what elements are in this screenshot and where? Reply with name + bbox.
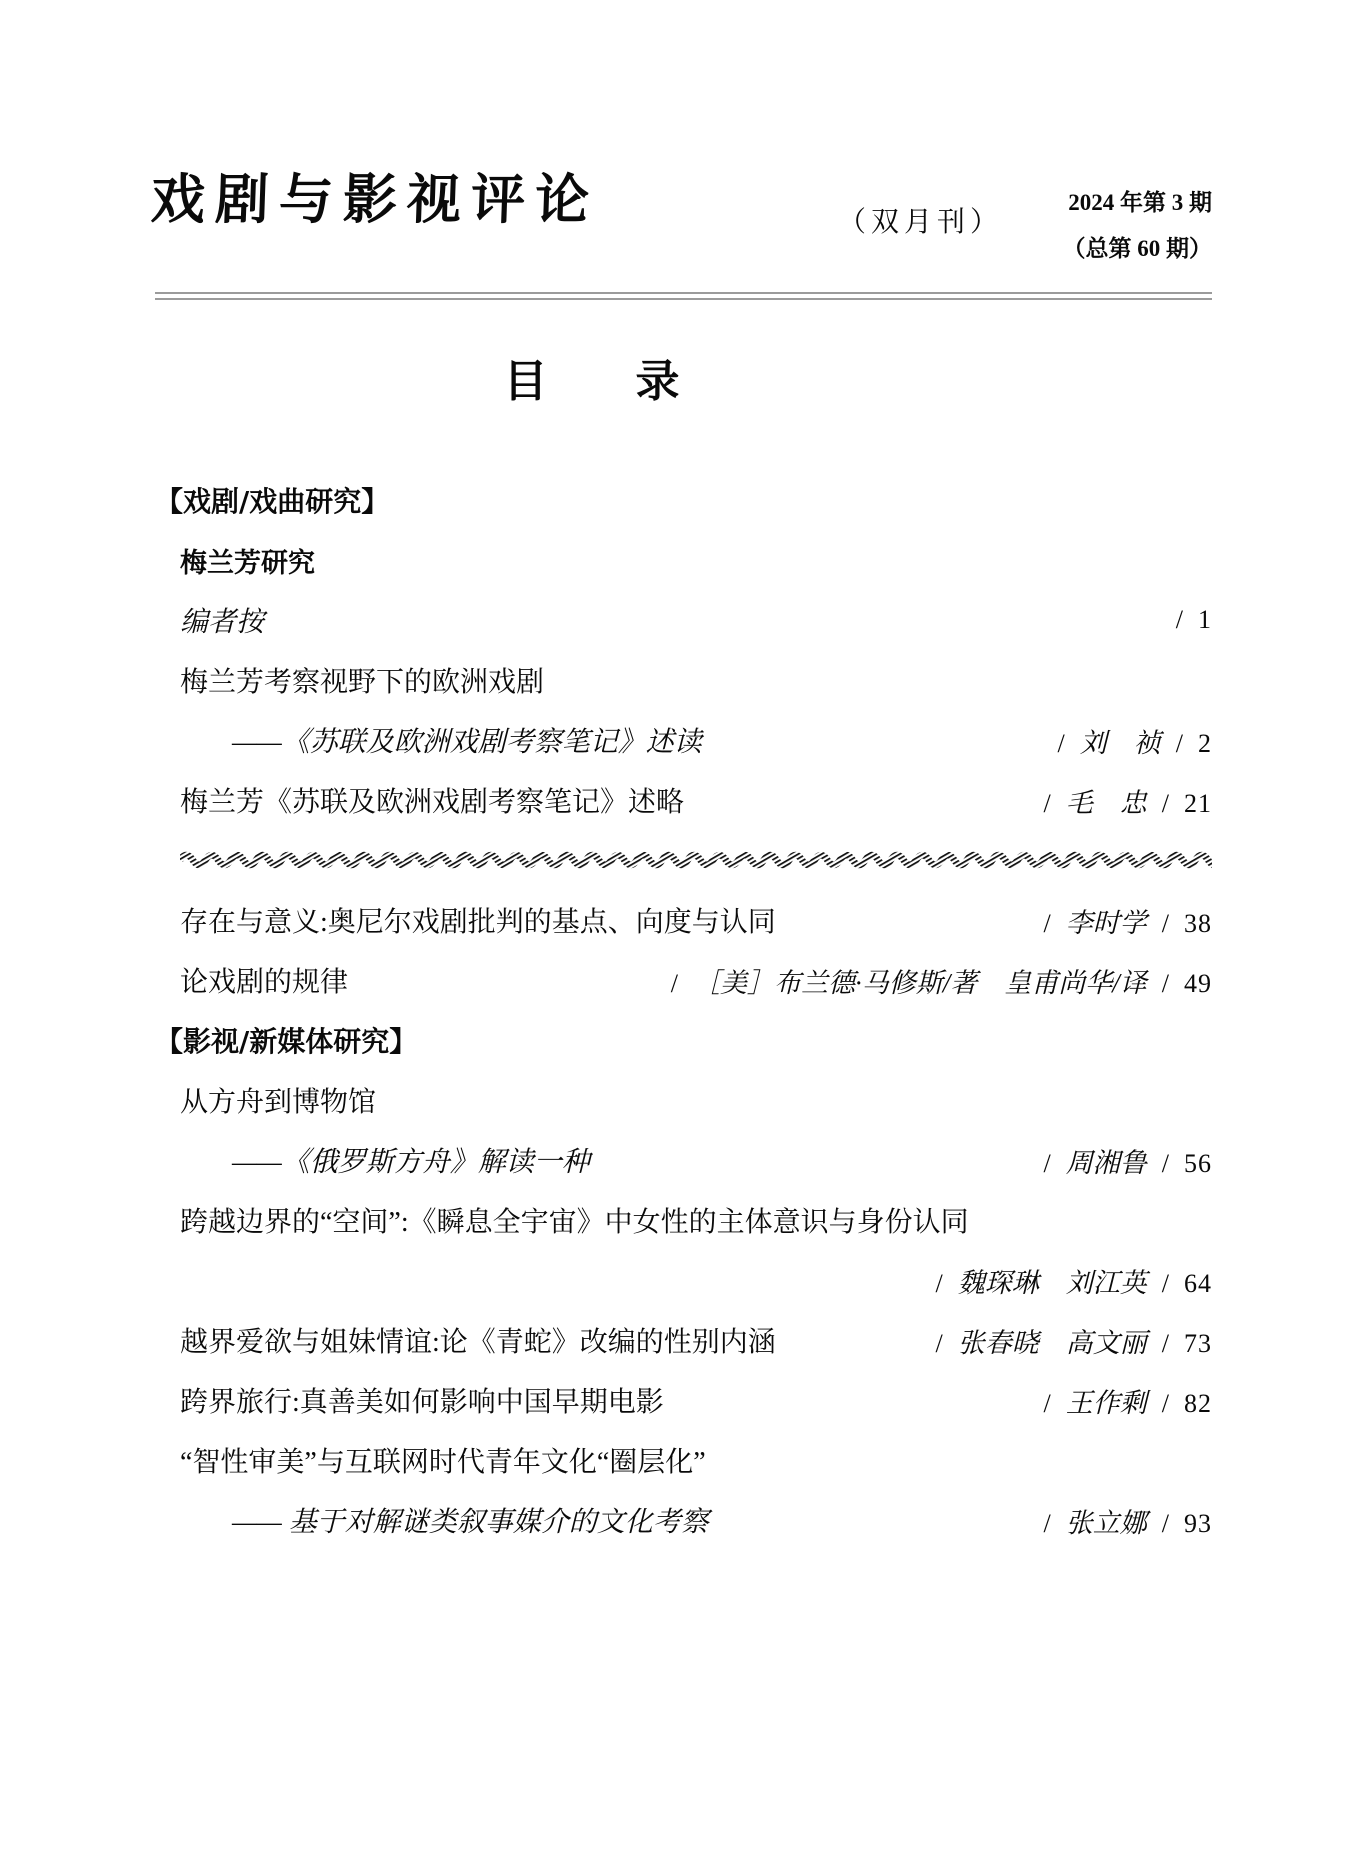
author-page-group: /［美］布兰德·马修斯/著 皇甫尚华/译/49: [671, 961, 1212, 1000]
author-page-group: /王作剩/82: [1044, 1381, 1212, 1420]
article-title: 梅兰芳《苏联及欧洲戏剧考察笔记》述略: [180, 780, 684, 820]
slash-separator: /: [936, 1269, 943, 1299]
author-name: 张立娜: [1066, 1501, 1147, 1540]
rope-ornament: [180, 849, 1212, 871]
article-title: 存在与意义:奥尼尔戏剧批判的基点、向度与认同: [180, 900, 776, 940]
toc-section-heading: 【戏剧/戏曲研究】: [155, 470, 1212, 530]
author-page-group: /周湘鲁/56: [1044, 1141, 1212, 1180]
author-page-group: /毛 忠/21: [1044, 781, 1212, 820]
page-number: 49: [1184, 969, 1212, 999]
toc-entry: —— 基于对解谜类叙事媒介的文化考察/张立娜/93: [180, 1490, 1212, 1550]
article-title: 从方舟到博物馆: [180, 1080, 376, 1120]
page-content: 戏剧与影视评论 （双月刊） 2024 年第 3 期 （总第 60 期） 目 录 …: [155, 0, 1212, 1550]
slash-separator: /: [1044, 789, 1051, 819]
article-title: 梅兰芳考察视野下的欧洲戏剧: [180, 660, 544, 700]
author-name: 毛 忠: [1066, 781, 1147, 820]
page-number: 73: [1184, 1329, 1212, 1359]
toc-title: 目 录: [63, 356, 1120, 408]
issue-number: 2024 年第 3 期: [1063, 188, 1213, 218]
article-title: 越界爱欲与姐妹情谊:论《青蛇》改编的性别内涵: [180, 1320, 776, 1360]
page-number: 21: [1184, 789, 1212, 819]
slash-separator: /: [1044, 1389, 1051, 1419]
toc-entry: 梅兰芳考察视野下的欧洲戏剧: [180, 650, 1212, 710]
toc-entry: 论戏剧的规律/［美］布兰德·马修斯/著 皇甫尚华/译/49: [180, 950, 1212, 1010]
slash-separator: /: [1044, 1509, 1051, 1539]
author-name: 周湘鲁: [1066, 1141, 1147, 1180]
slash-separator: /: [1044, 1149, 1051, 1179]
toc-entry: ——《苏联及欧洲戏剧考察笔记》述读/刘 祯/2: [180, 710, 1212, 770]
article-title: ——《苏联及欧洲戏剧考察笔记》述读: [232, 720, 702, 760]
toc-list: 【戏剧/戏曲研究】梅兰芳研究编者按/1梅兰芳考察视野下的欧洲戏剧——《苏联及欧洲…: [155, 470, 1212, 1550]
toc-entry: 跨越边界的“空间”:《瞬息全宇宙》中女性的主体意识与身份认同: [180, 1190, 1212, 1250]
slash-separator: /: [1162, 969, 1169, 999]
slash-separator: /: [1162, 789, 1169, 819]
page-number: 93: [1184, 1509, 1212, 1539]
issue-info: 2024 年第 3 期 （总第 60 期）: [1063, 188, 1213, 264]
page-number: 56: [1184, 1149, 1212, 1179]
toc-entry: 从方舟到博物馆: [180, 1070, 1212, 1130]
journal-title: 戏剧与影视评论: [150, 168, 600, 232]
article-title: “智性审美”与互联网时代青年文化“圈层化”: [180, 1440, 706, 1480]
ornament-divider: [180, 830, 1212, 890]
page-number: 82: [1184, 1389, 1212, 1419]
toc-entry: ——《俄罗斯方舟》解读一种/周湘鲁/56: [180, 1130, 1212, 1190]
author-page-group: /1: [1176, 605, 1212, 635]
author-page-group: /李时学/38: [1044, 901, 1212, 940]
page-header: 戏剧与影视评论 （双月刊） 2024 年第 3 期 （总第 60 期）: [155, 168, 1212, 292]
slash-separator: /: [671, 969, 678, 999]
toc-entry: 梅兰芳研究: [180, 530, 1212, 590]
slash-separator: /: [1162, 1509, 1169, 1539]
slash-separator: /: [1162, 909, 1169, 939]
author-page-group: /魏琛琳 刘江英/64: [936, 1261, 1212, 1300]
article-title: —— 基于对解谜类叙事媒介的文化考察: [232, 1500, 709, 1540]
toc-section-heading: 【影视/新媒体研究】: [155, 1010, 1212, 1070]
slash-separator: /: [1162, 1389, 1169, 1419]
page-number: 64: [1184, 1269, 1212, 1299]
cumulative-issue-number: （总第 60 期）: [1063, 234, 1213, 264]
toc-entry: 越界爱欲与姐妹情谊:论《青蛇》改编的性别内涵/张春晓 高文丽/73: [180, 1310, 1212, 1370]
page-number: 2: [1198, 729, 1212, 759]
toc-entry: 存在与意义:奥尼尔戏剧批判的基点、向度与认同/李时学/38: [180, 890, 1212, 950]
slash-separator: /: [1176, 729, 1183, 759]
article-title: 跨越边界的“空间”:《瞬息全宇宙》中女性的主体意识与身份认同: [180, 1200, 969, 1240]
article-title: ——《俄罗斯方舟》解读一种: [232, 1140, 590, 1180]
article-title: 论戏剧的规律: [180, 960, 348, 1000]
slash-separator: /: [936, 1329, 943, 1359]
toc-entry: 梅兰芳《苏联及欧洲戏剧考察笔记》述略/毛 忠/21: [180, 770, 1212, 830]
toc-entry: 跨界旅行:真善美如何影响中国早期电影/王作剩/82: [180, 1370, 1212, 1430]
author-name: 魏琛琳 刘江英: [958, 1261, 1147, 1300]
author-name: 张春晓 高文丽: [958, 1321, 1147, 1360]
author-page-group: /张春晓 高文丽/73: [936, 1321, 1212, 1360]
page-number: 1: [1198, 605, 1212, 635]
author-name: 刘 祯: [1080, 721, 1161, 760]
slash-separator: /: [1162, 1329, 1169, 1359]
author-page-group: /刘 祯/2: [1058, 721, 1212, 760]
author-name: ［美］布兰德·马修斯/著 皇甫尚华/译: [693, 961, 1147, 1000]
journal-toc-page: 戏剧与影视评论 （双月刊） 2024 年第 3 期 （总第 60 期） 目 录 …: [0, 0, 1360, 1849]
page-number: 38: [1184, 909, 1212, 939]
article-title: 跨界旅行:真善美如何影响中国早期电影: [180, 1380, 664, 1420]
article-title: 编者按: [180, 600, 264, 640]
toc-entry: 编者按/1: [180, 590, 1212, 650]
edition-note: （双月刊）: [838, 206, 1003, 240]
slash-separator: /: [1176, 605, 1183, 635]
slash-separator: /: [1044, 909, 1051, 939]
article-title: 梅兰芳研究: [180, 541, 315, 580]
author-page-group: /张立娜/93: [1044, 1501, 1212, 1540]
slash-separator: /: [1058, 729, 1065, 759]
author-name: 王作剩: [1066, 1381, 1147, 1420]
slash-separator: /: [1162, 1269, 1169, 1299]
author-name: 李时学: [1066, 901, 1147, 940]
slash-separator: /: [1162, 1149, 1169, 1179]
toc-entry: “智性审美”与互联网时代青年文化“圈层化”: [180, 1430, 1212, 1490]
toc-entry: /魏琛琳 刘江英/64: [180, 1250, 1212, 1310]
double-rule-divider: [155, 292, 1212, 300]
